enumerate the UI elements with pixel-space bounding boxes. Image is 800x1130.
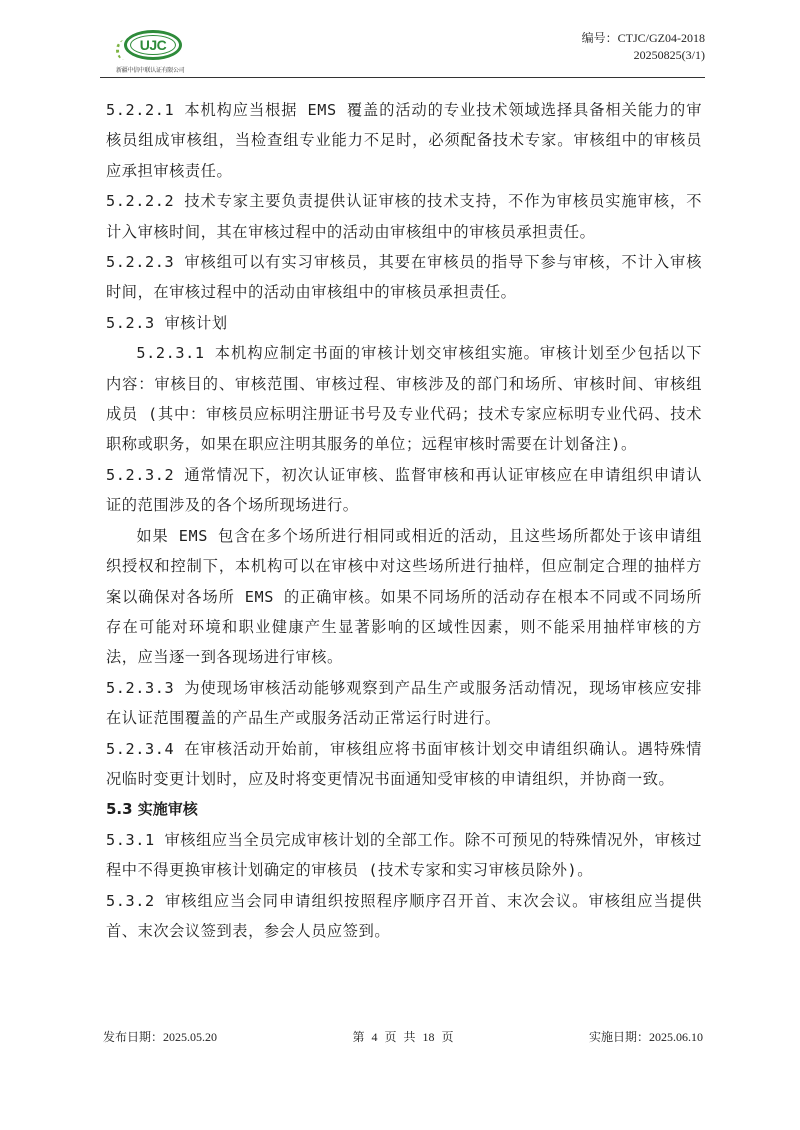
clause-5-3-1: 5.3.1 审核组应当全员完成审核计划的全部工作。除不可预见的特殊情况外，审核过…	[106, 825, 702, 886]
clause-5-2-3-4: 5.2.3.4 在审核活动开始前，审核组应将书面审核计划交申请组织确认。遇特殊情…	[106, 734, 702, 795]
logo-emblem: UJC	[124, 30, 182, 60]
document-number-block: 编号：CTJC/GZ04-2018 20250825(3/1)	[582, 30, 705, 64]
clause-5-2-2-2: 5.2.2.2 技术专家主要负责提供认证审核的技术支持，不作为审核员实施审核，不…	[106, 186, 702, 247]
document-version: 20250825(3/1)	[582, 47, 705, 64]
clause-5-2-2-1: 5.2.2.1 本机构应当根据 EMS 覆盖的活动的专业技术领域选择具备相关能力…	[106, 95, 702, 186]
clause-5-3-2: 5.3.2 审核组应当会同申请组织按照程序顺序召开首、末次会议。审核组应当提供首…	[106, 886, 702, 947]
clause-5-2-2-3: 5.2.2.3 审核组可以有实习审核员，其要在审核员的指导下参与审核，不计入审核…	[106, 247, 702, 308]
section-heading-5-3: 5.3 实施审核	[106, 794, 702, 824]
document-body: 5.2.2.1 本机构应当根据 EMS 覆盖的活动的专业技术领域选择具备相关能力…	[106, 95, 702, 946]
clause-5-2-3-3: 5.2.3.3 为使现场审核活动能够观察到产品生产或服务活动情况，现场审核应安排…	[106, 673, 702, 734]
page-header: UJC 新疆中信中联认证有限公司 编号：CTJC/GZ04-2018 20250…	[100, 22, 705, 78]
page-footer: 发布日期：2025.05.20 第 4 页 共 18 页 实施日期：2025.0…	[103, 1028, 703, 1048]
header-divider	[100, 77, 705, 78]
clause-5-2-3-2-sampling: 如果 EMS 包含在多个场所进行相同或相近的活动，且这些场所都处于该申请组织授权…	[106, 521, 702, 673]
document-number: 编号：CTJC/GZ04-2018	[582, 30, 705, 47]
effective-date: 实施日期：2025.06.10	[589, 1028, 703, 1045]
clause-5-2-3-1: 5.2.3.1 本机构应制定书面的审核计划交审核组实施。审核计划至少包括以下内容…	[106, 338, 702, 460]
clause-5-2-3-2: 5.2.3.2 通常情况下，初次认证审核、监督审核和再认证审核应在申请组织申请认…	[106, 460, 702, 521]
logo-text: UJC	[140, 38, 167, 52]
company-logo: UJC 新疆中信中联认证有限公司	[108, 26, 188, 76]
company-name: 新疆中信中联认证有限公司	[116, 65, 184, 74]
section-heading-5-2-3: 5.2.3 审核计划	[106, 308, 702, 338]
